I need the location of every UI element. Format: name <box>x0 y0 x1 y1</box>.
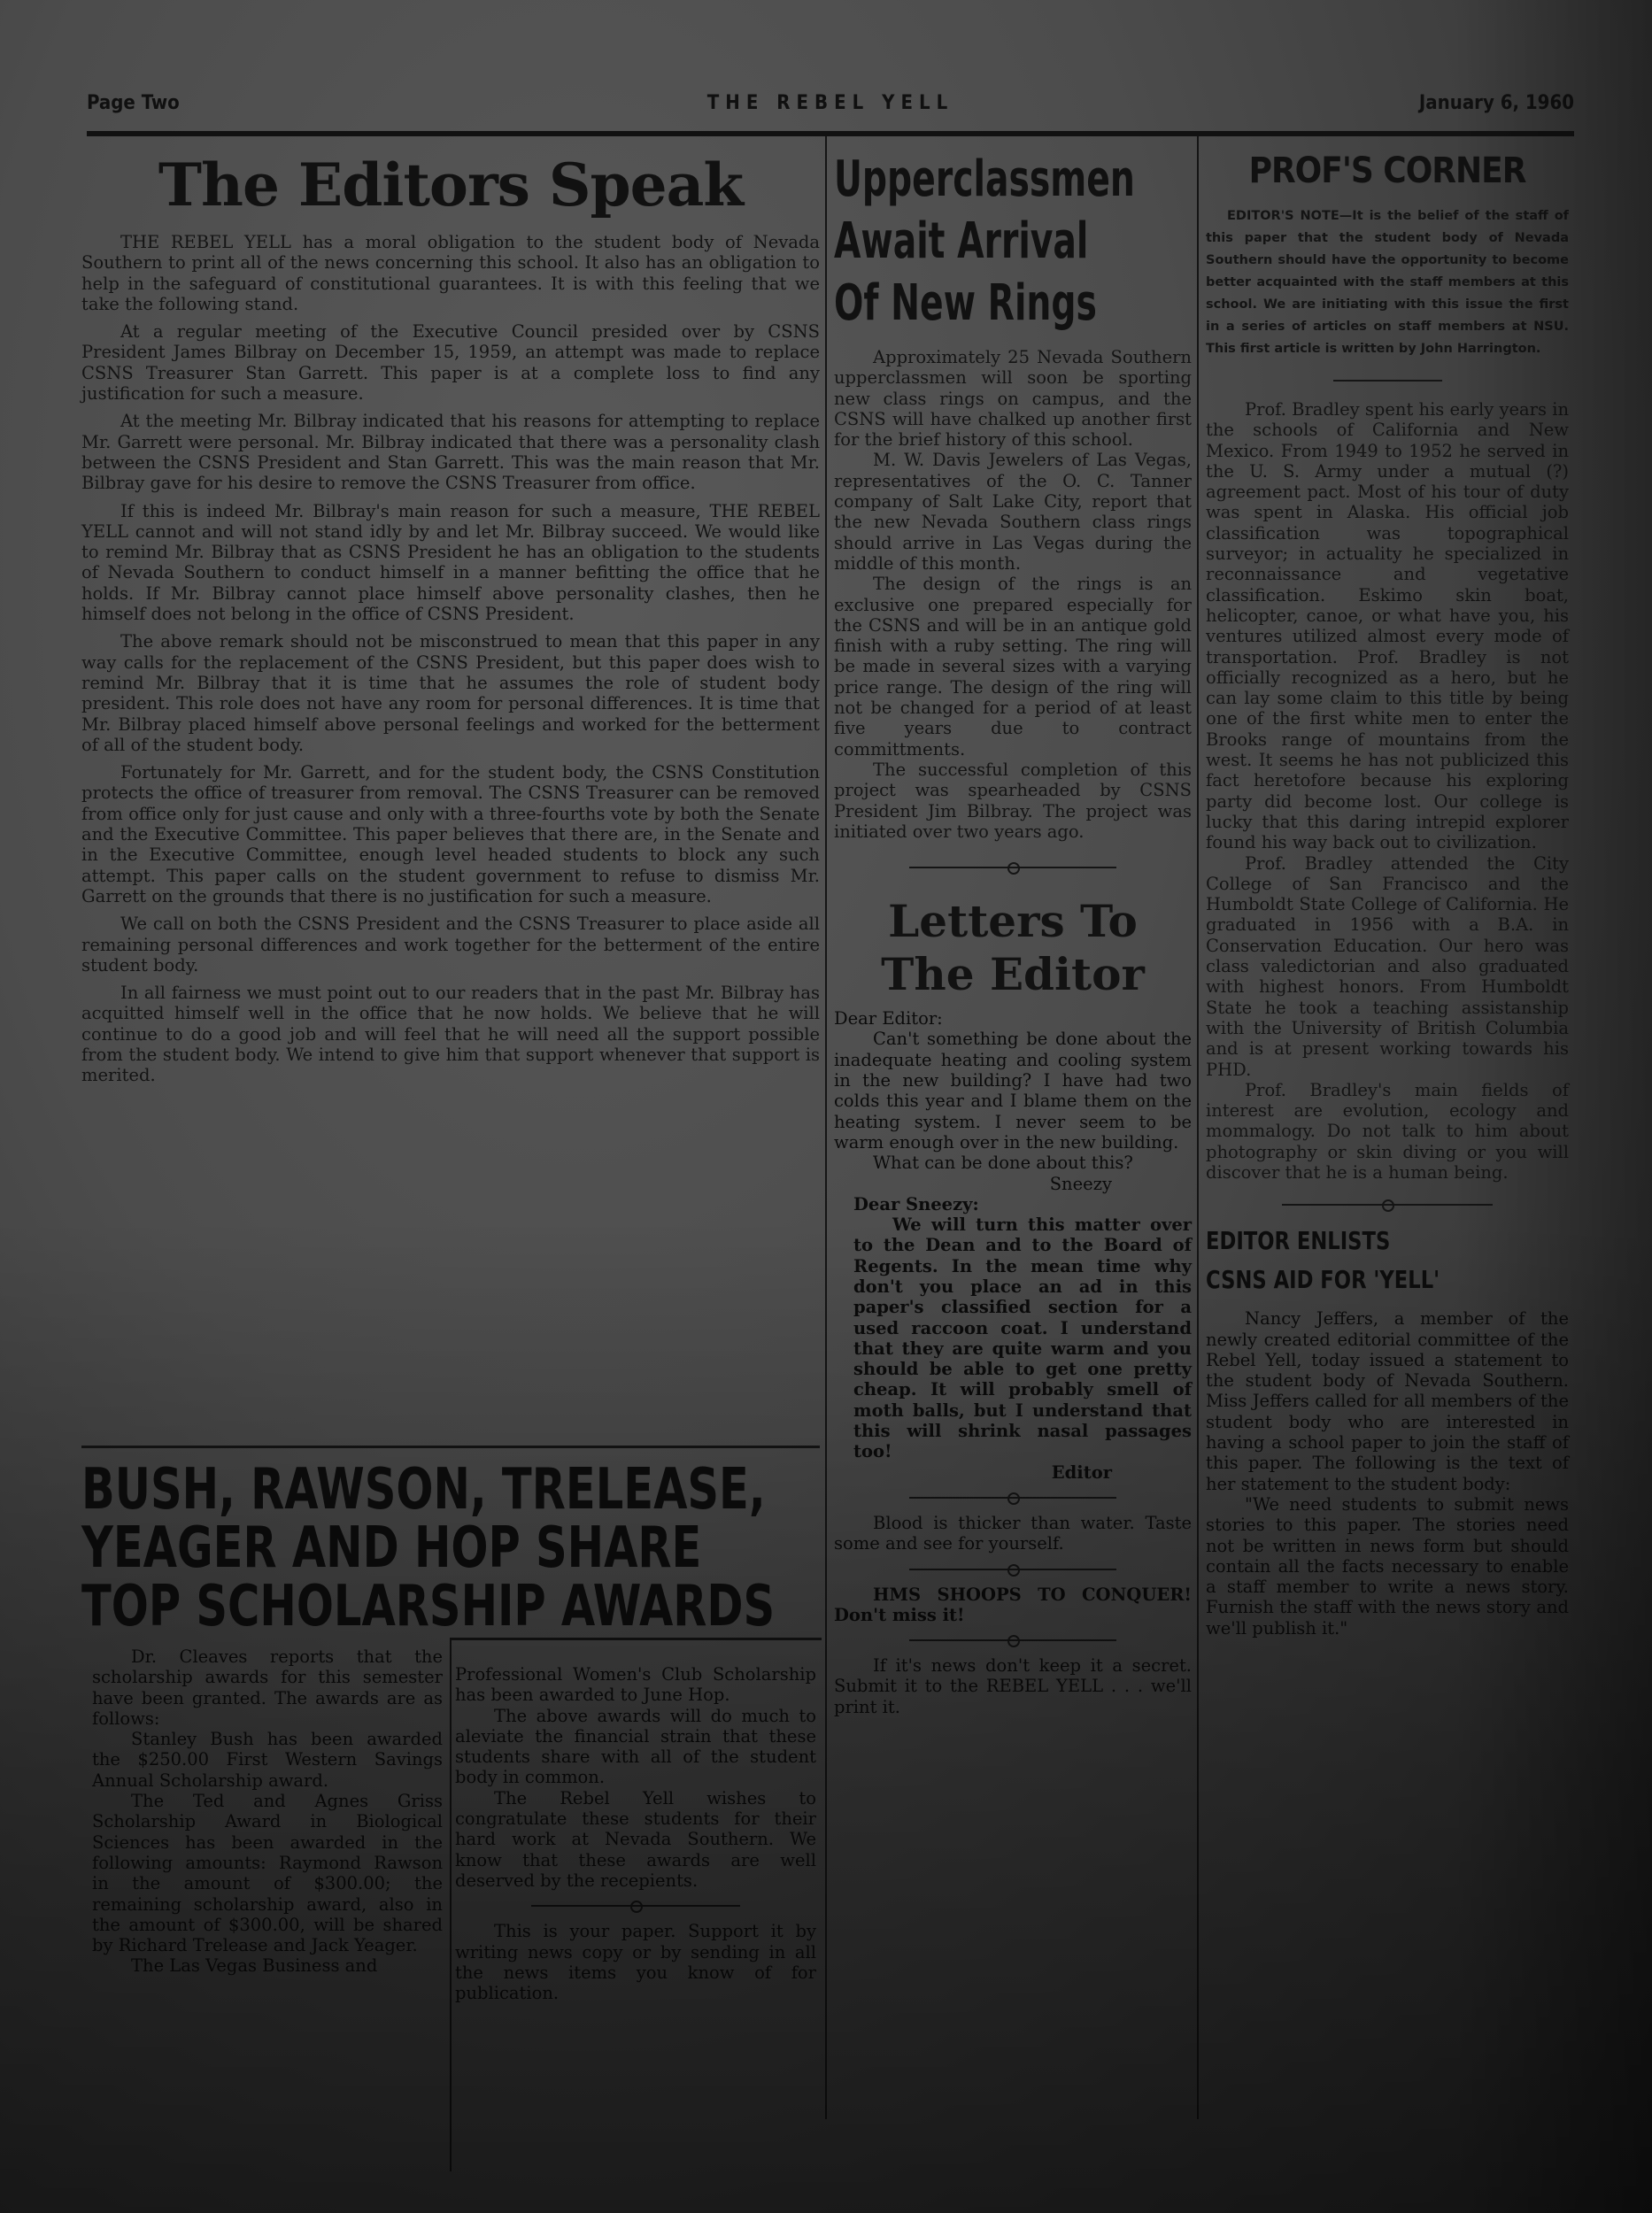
editorial-paragraph: The above remark should not be misconstr… <box>81 631 820 755</box>
editorial-paragraph: At the meeting Mr. Bilbray indicated tha… <box>81 411 820 493</box>
letters-headline: Letters To The Editor <box>834 895 1192 1001</box>
editorial-body: THE REBEL YELL has a moral obligation to… <box>81 232 820 1086</box>
letter-signature: Sneezy <box>834 1174 1192 1194</box>
profs-paragraph: Prof. Bradley's main fields of interest … <box>1206 1080 1569 1183</box>
rings-paragraph: The design of the rings is an exclusive … <box>834 574 1192 760</box>
scholarship-right-column: Professional Women's Club Scholarship ha… <box>455 1664 816 2003</box>
section-divider <box>531 1900 741 1912</box>
section-divider <box>909 1634 1116 1646</box>
scholarship-paragraph: Stanley Bush has been awarded the $250.0… <box>92 1729 443 1791</box>
profs-corner-article: PROF'S CORNER EDITOR'S NOTE—It is the be… <box>1206 150 1569 1639</box>
editorial-headline: The Editors Speak <box>81 150 820 220</box>
filler-note: This is your paper. Support it by writin… <box>455 1921 816 2003</box>
profs-paragraph: Prof. Bradley spent his early years in t… <box>1206 399 1569 853</box>
filler-note: Blood is thicker than water. Taste some … <box>834 1513 1192 1554</box>
letters-section: Dear Editor: Can't something be done abo… <box>834 1008 1192 1717</box>
rings-body: Approximately 25 Nevada Southern uppercl… <box>834 347 1192 842</box>
column-rule-right <box>1197 136 1199 2119</box>
reply-salutation: Dear Sneezy: <box>834 1194 1192 1214</box>
rings-paragraph: Approximately 25 Nevada Southern uppercl… <box>834 347 1192 450</box>
rings-article: Upperclassmen Await Arrival Of New Rings… <box>834 149 1192 1717</box>
section-divider <box>909 1563 1116 1576</box>
editorial-article: The Editors Speak THE REBEL YELL has a m… <box>81 150 820 1093</box>
issue-date: January 6, 1960 <box>1419 92 1574 114</box>
newspaper-page: Page Two THE REBEL YELL January 6, 1960 … <box>0 0 1652 2213</box>
editorial-paragraph: THE REBEL YELL has a moral obligation to… <box>81 232 820 314</box>
letter-paragraph: Can't something be done about the inadeq… <box>834 1029 1192 1153</box>
reply-signature: Editor <box>834 1462 1192 1483</box>
editorial-paragraph: In all fairness we must point out to our… <box>81 983 820 1085</box>
section-divider <box>1282 1199 1493 1211</box>
editorial-paragraph: We call on both the CSNS President and t… <box>81 914 820 975</box>
editorial-paragraph: Fortunately for Mr. Garrett, and for the… <box>81 762 820 906</box>
profs-corner-body: Prof. Bradley spent his early years in t… <box>1206 399 1569 1183</box>
scholarship-paragraph: The above awards will do much to aleviat… <box>455 1706 816 1788</box>
rings-paragraph: The successful completion of this projec… <box>834 760 1192 842</box>
enlists-paragraph: "We need students to submit news stories… <box>1206 1494 1569 1639</box>
scholarship-headline: BUSH, RAWSON, TRELEASE, YEAGER AND HOP S… <box>81 1461 818 1636</box>
column-rule-left <box>825 136 827 2119</box>
short-rule <box>1333 374 1442 387</box>
newspaper-name: THE REBEL YELL <box>87 92 1574 114</box>
filler-note: HMS SHOOPS TO CONQUER! Don't miss it! <box>834 1585 1192 1626</box>
scholarship-paragraph: The Las Vegas Business and <box>92 1955 443 1976</box>
folio-line: Page Two THE REBEL YELL January 6, 1960 <box>87 89 1574 124</box>
rings-headline: Upperclassmen Await Arrival Of New Rings <box>834 149 1191 335</box>
enlists-headline: EDITOR ENLISTS CSNS AID FOR 'YELL' <box>1206 1222 1565 1299</box>
enlists-paragraph: Nancy Jeffers, a member of the newly cre… <box>1206 1308 1569 1494</box>
editorial-paragraph: At a regular meeting of the Executive Co… <box>81 321 820 404</box>
section-divider <box>909 861 1116 874</box>
scholarship-left-column: Dr. Cleaves reports that the scholarship… <box>92 1646 443 1977</box>
reply-paragraph: We will turn this matter over to the Dea… <box>853 1214 1192 1462</box>
rings-paragraph: M. W. Davis Jewelers of Las Vegas, repre… <box>834 450 1192 574</box>
scholarship-paragraph: The Rebel Yell wishes to congratulate th… <box>455 1788 816 1891</box>
filler-note: If it's news don't keep it a secret. Sub… <box>834 1655 1192 1717</box>
letter-paragraph: What can be done about this? <box>834 1153 1192 1173</box>
scholarship-article: BUSH, RAWSON, TRELEASE, YEAGER AND HOP S… <box>81 1461 820 1636</box>
profs-corner-headline: PROF'S CORNER <box>1206 150 1569 191</box>
enlists-article: EDITOR ENLISTS CSNS AID FOR 'YELL' Nancy… <box>1206 1222 1569 1639</box>
editors-note: EDITOR'S NOTE—It is the belief of the st… <box>1206 205 1569 360</box>
scholarship-paragraph: The Ted and Agnes Griss Scholarship Awar… <box>92 1791 443 1955</box>
editorial-end-rule <box>81 1446 820 1448</box>
scholarship-paragraph: Professional Women's Club Scholarship ha… <box>455 1664 816 1706</box>
editorial-paragraph: If this is indeed Mr. Bilbray's main rea… <box>81 501 820 625</box>
section-divider <box>909 1492 1116 1504</box>
profs-paragraph: Prof. Bradley attended the City College … <box>1206 853 1569 1080</box>
letter-salutation: Dear Editor: <box>834 1008 1192 1029</box>
scholarship-paragraph: Dr. Cleaves reports that the scholarship… <box>92 1646 443 1729</box>
top-rule <box>87 131 1574 136</box>
